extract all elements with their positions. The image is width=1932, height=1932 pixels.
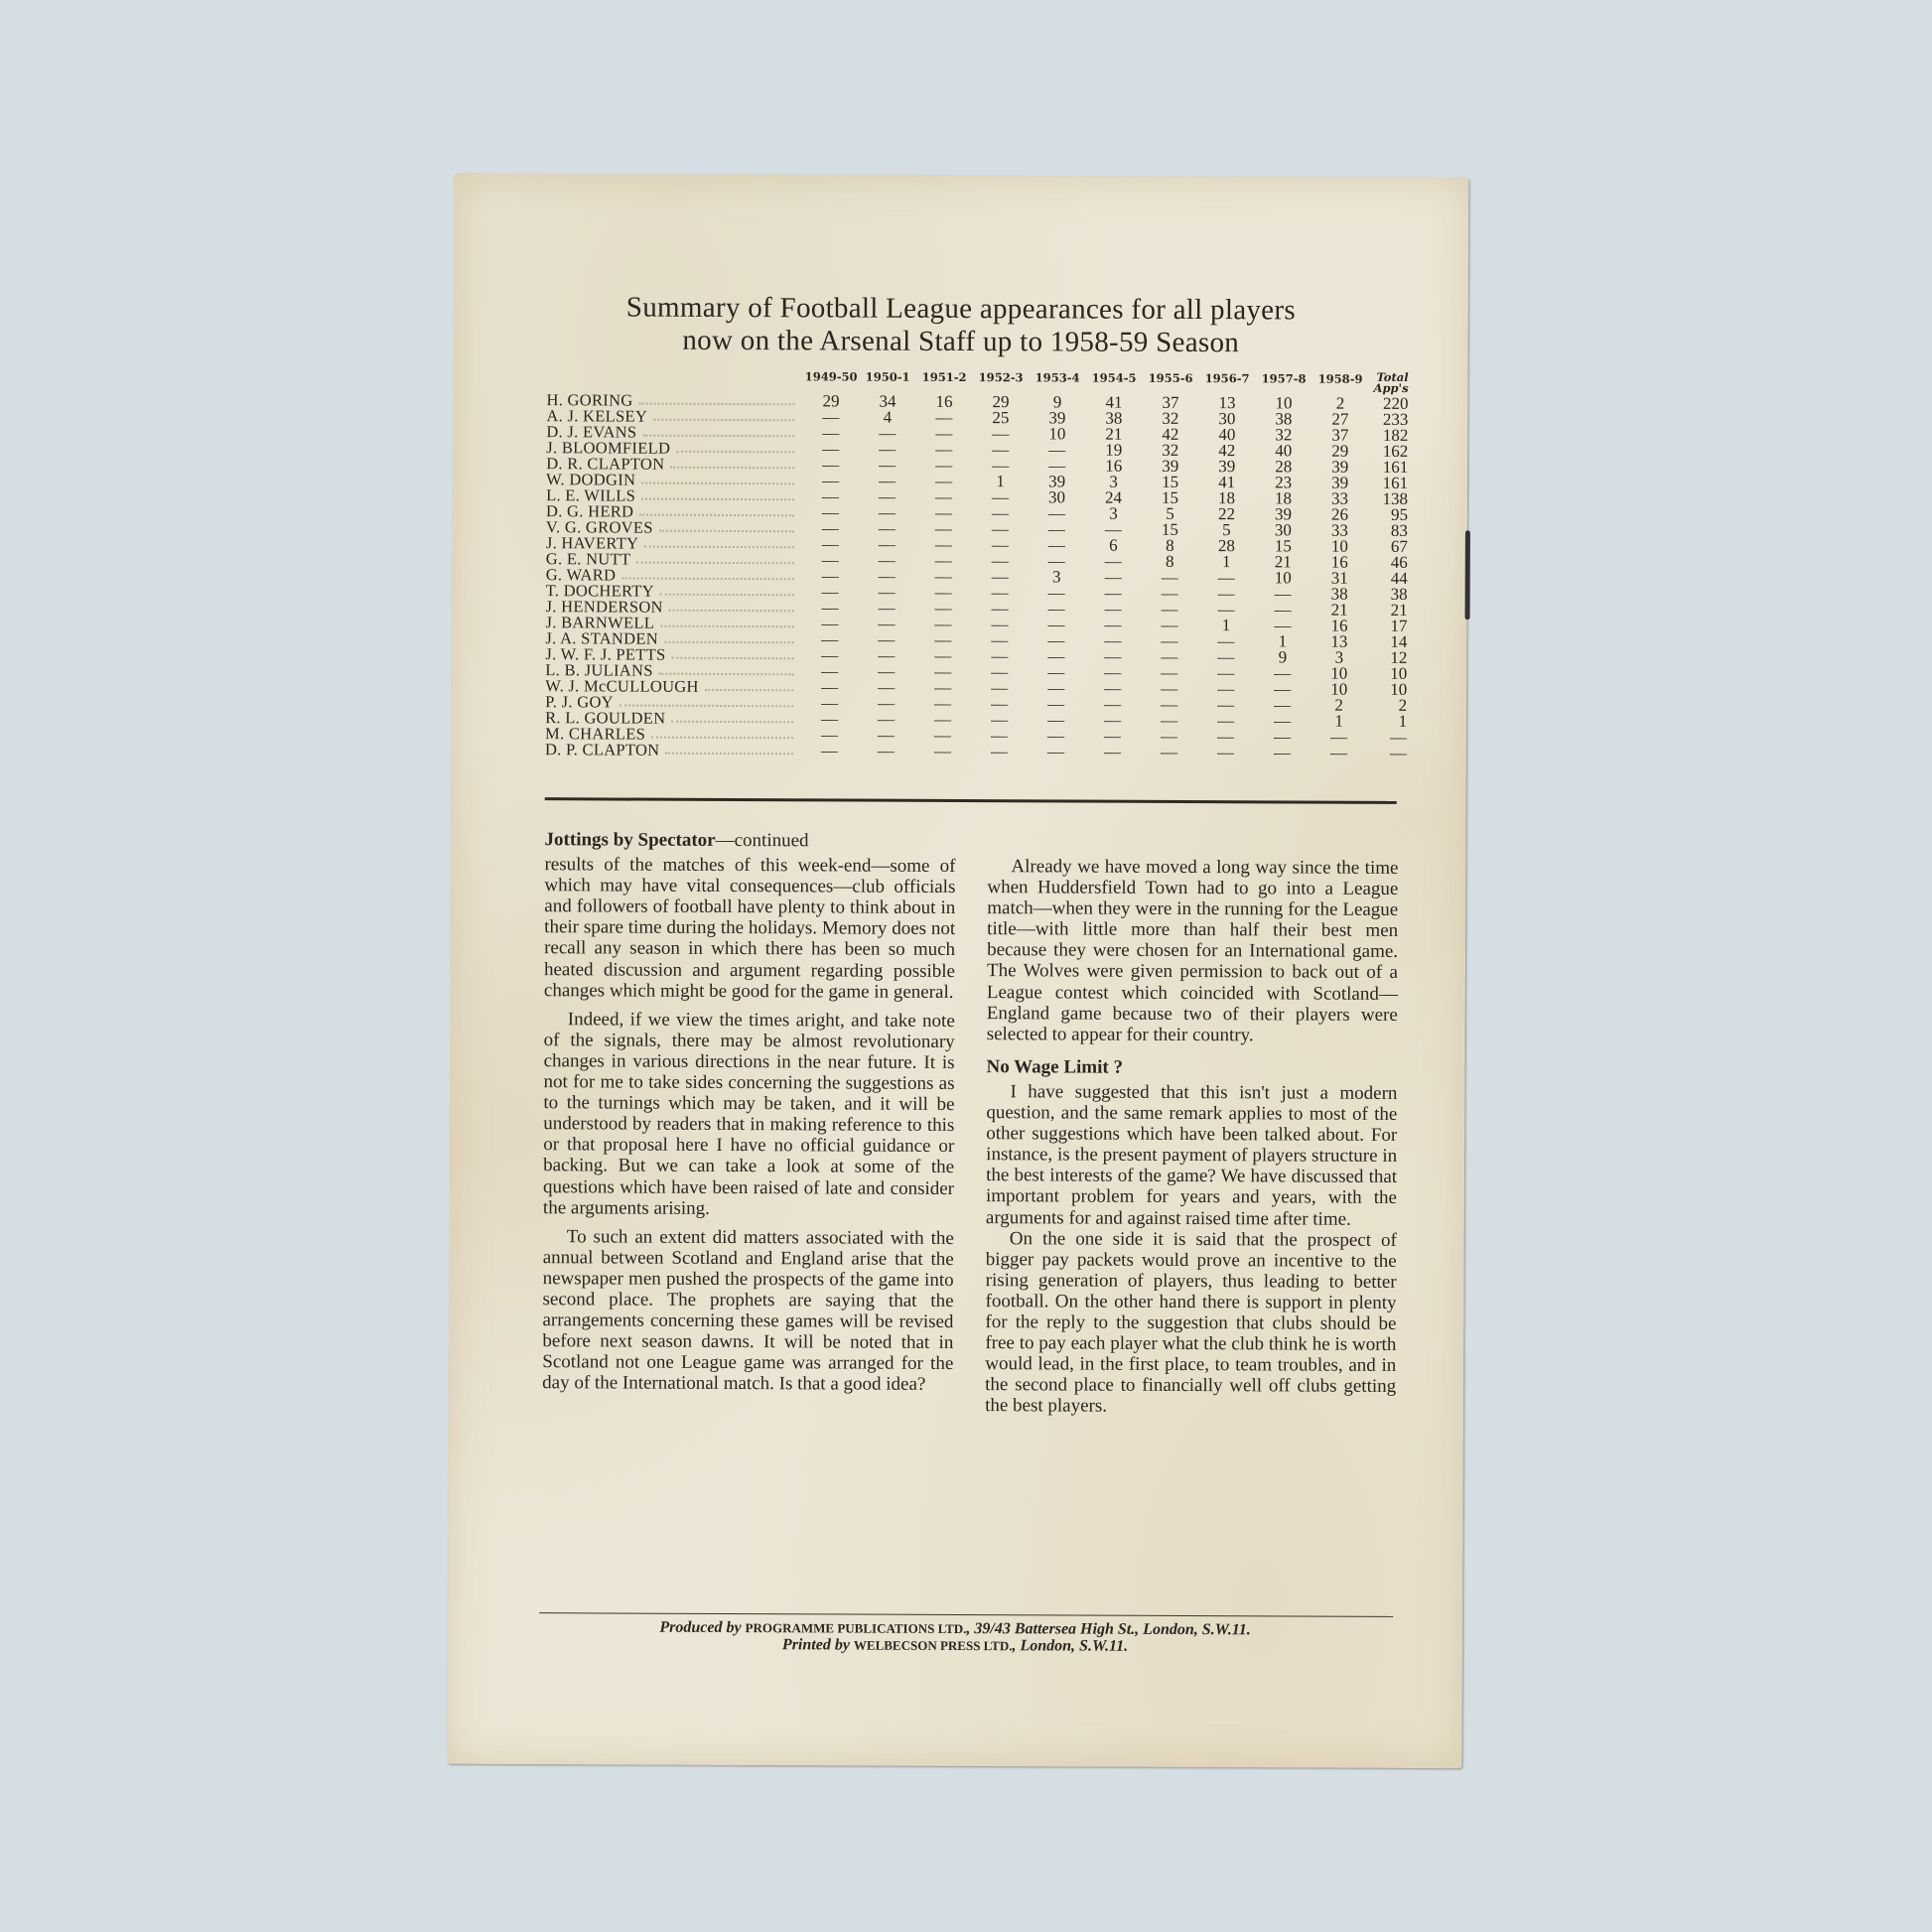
player-name: M. CHARLES [545,726,651,742]
season-header: 1951-2 [916,370,973,394]
page-title: Summary of Football League appearances f… [454,291,1468,360]
player-name: A. J. KELSEY [546,408,653,424]
season-appearances: — [1254,745,1311,760]
leader-dots [620,695,793,708]
leader-dots [636,552,794,565]
leader-dots [639,393,795,406]
player-name: G. WARD [546,567,622,583]
leader-dots [651,727,793,740]
season-appearances: — [1028,744,1084,759]
player-name-cell: D. J. EVANS [546,424,802,441]
player-name: P. J. GOY [545,694,620,710]
player-name-cell: R. L. GOULDEN [545,710,801,727]
season-header: 1949-50 [803,369,860,393]
season-header: 1953-4 [1030,370,1086,394]
player-name: R. L. GOULDEN [545,710,671,727]
player-name: L. E. WILLS [546,487,641,503]
leader-dots [676,441,794,454]
player-name-cell: M. CHARLES [545,726,801,743]
leader-dots [670,457,794,470]
leader-dots [671,711,793,724]
total-appearances: — [1367,746,1407,761]
player-name-cell: D. G. HERD [546,503,802,520]
leader-dots [641,488,794,501]
paragraph: On the one side it is said that the pros… [985,1228,1397,1419]
leader-dots [641,473,794,485]
leader-dots [642,425,794,438]
player-name: J. W. F. J. PETTS [545,646,671,663]
season-appearances: — [914,744,971,759]
leader-dots [639,504,794,517]
season-appearances: — [1197,745,1254,760]
leader-dots [659,520,794,533]
player-name-cell: A. J. KELSEY [546,408,802,425]
season-header: 1958-9 [1312,372,1369,396]
player-name-cell: G. WARD [546,567,802,584]
leader-dots [665,743,793,756]
paragraph: I have suggested that this isn't just a … [986,1081,1398,1229]
player-name: V. G. GROVES [546,519,659,535]
player-name-cell: T. DOCHERTY [546,583,802,600]
player-name-cell: P. J. GOY [545,694,801,711]
player-name-cell: D. P. CLAPTON [545,742,801,759]
printer-credits: Produced by PROGRAMME PUBLICATIONS LTD.,… [448,1618,1462,1656]
player-name-cell: L. E. WILLS [546,487,802,504]
leader-dots [644,536,794,549]
paragraph: To such an extent did matters associated… [542,1226,954,1396]
player-name: D. P. CLAPTON [545,742,666,759]
article-heading: Jottings by Spectator—continued [545,829,956,852]
player-name-cell: W. DODGIN [546,472,802,488]
season-header: 1957-8 [1256,371,1312,395]
appearances-table: 1949-50 1950-1 1951-2 1952-3 1953-4 1954… [545,368,1488,761]
table-body: H. GORING293416299413713102220A. J. KELS… [545,392,1488,761]
player-name: D. G. HERD [546,503,639,519]
player-name-cell: D. R. CLAPTON [546,456,802,473]
player-name-cell: H. GORING [546,392,802,409]
player-name-cell: J. HENDERSON [546,599,802,616]
leader-dots [653,409,794,422]
season-appearances: — [858,744,914,759]
player-name: T. DOCHERTY [546,583,660,600]
player-name: L. B. JULIANS [545,662,658,678]
subheading: No Wage Limit ? [987,1056,1398,1079]
player-name: J. A. STANDEN [545,630,664,647]
player-name: J. BARNWELL [545,615,660,631]
season-appearances: — [971,744,1028,759]
paragraph: Indeed, if we view the times aright, and… [543,1009,955,1220]
player-name-cell: J. A. STANDEN [545,630,801,647]
leader-dots [660,584,794,597]
leader-dots [659,663,794,676]
season-header: 1956-7 [1199,371,1256,395]
player-name-cell: V. G. GROVES [546,519,802,536]
title-line-1: Summary of Football League appearances f… [454,291,1468,328]
section-divider [545,797,1397,804]
player-name-cell: J. W. F. J. PETTS [545,646,801,663]
total-header: Total App's [1369,372,1409,396]
season-appearances: — [801,743,858,759]
leader-dots [705,679,794,691]
player-name: W. J. McCULLOUGH [545,678,705,695]
player-name: W. DODGIN [546,472,641,487]
player-name-cell: J. BLOOMFIELD [546,440,802,457]
article-column-left: Jottings by Spectator—continued results … [542,829,956,1403]
player-name: J. HAVERTY [546,535,644,551]
season-header: 1950-1 [860,370,916,394]
season-header: 1954-5 [1086,371,1143,395]
leader-dots [664,631,794,644]
leader-dots [672,647,794,660]
player-name-cell: J. HAVERTY [546,535,802,552]
article-column-right: Already we have moved a long way since t… [985,856,1398,1426]
title-line-2: now on the Arsenal Staff up to 1958-59 S… [454,324,1468,360]
footer-divider [539,1612,1393,1617]
leader-dots [621,568,793,581]
player-name-cell: W. J. McCULLOUGH [545,678,801,695]
season-appearances: — [1141,745,1197,760]
leader-dots [660,616,793,628]
season-header: 1952-3 [973,370,1030,394]
footer-line-2: Printed by WELBECSON PRESS LTD., London,… [448,1635,1462,1656]
player-name-cell: G. E. NUTT [546,551,802,568]
season-appearances: — [1084,745,1141,760]
season-appearances: — [1311,746,1367,761]
player-name: H. GORING [546,392,638,408]
programme-page: Summary of Football League appearances f… [448,174,1469,1768]
season-header: 1955-6 [1143,371,1199,395]
paragraph: results of the matches of this week-end—… [544,854,956,1002]
paragraph: Already we have moved a long way since t… [987,856,1399,1046]
player-name-cell: L. B. JULIANS [545,662,801,679]
player-name: D. J. EVANS [546,424,642,440]
player-name: D. R. CLAPTON [546,456,670,473]
player-name: G. E. NUTT [546,551,637,567]
player-name: J. HENDERSON [546,599,669,616]
player-name-cell: J. BARNWELL [545,615,801,631]
table-row: D. P. CLAPTON——————————— [545,742,1486,761]
player-name: J. BLOOMFIELD [546,440,676,457]
leader-dots [669,600,794,613]
